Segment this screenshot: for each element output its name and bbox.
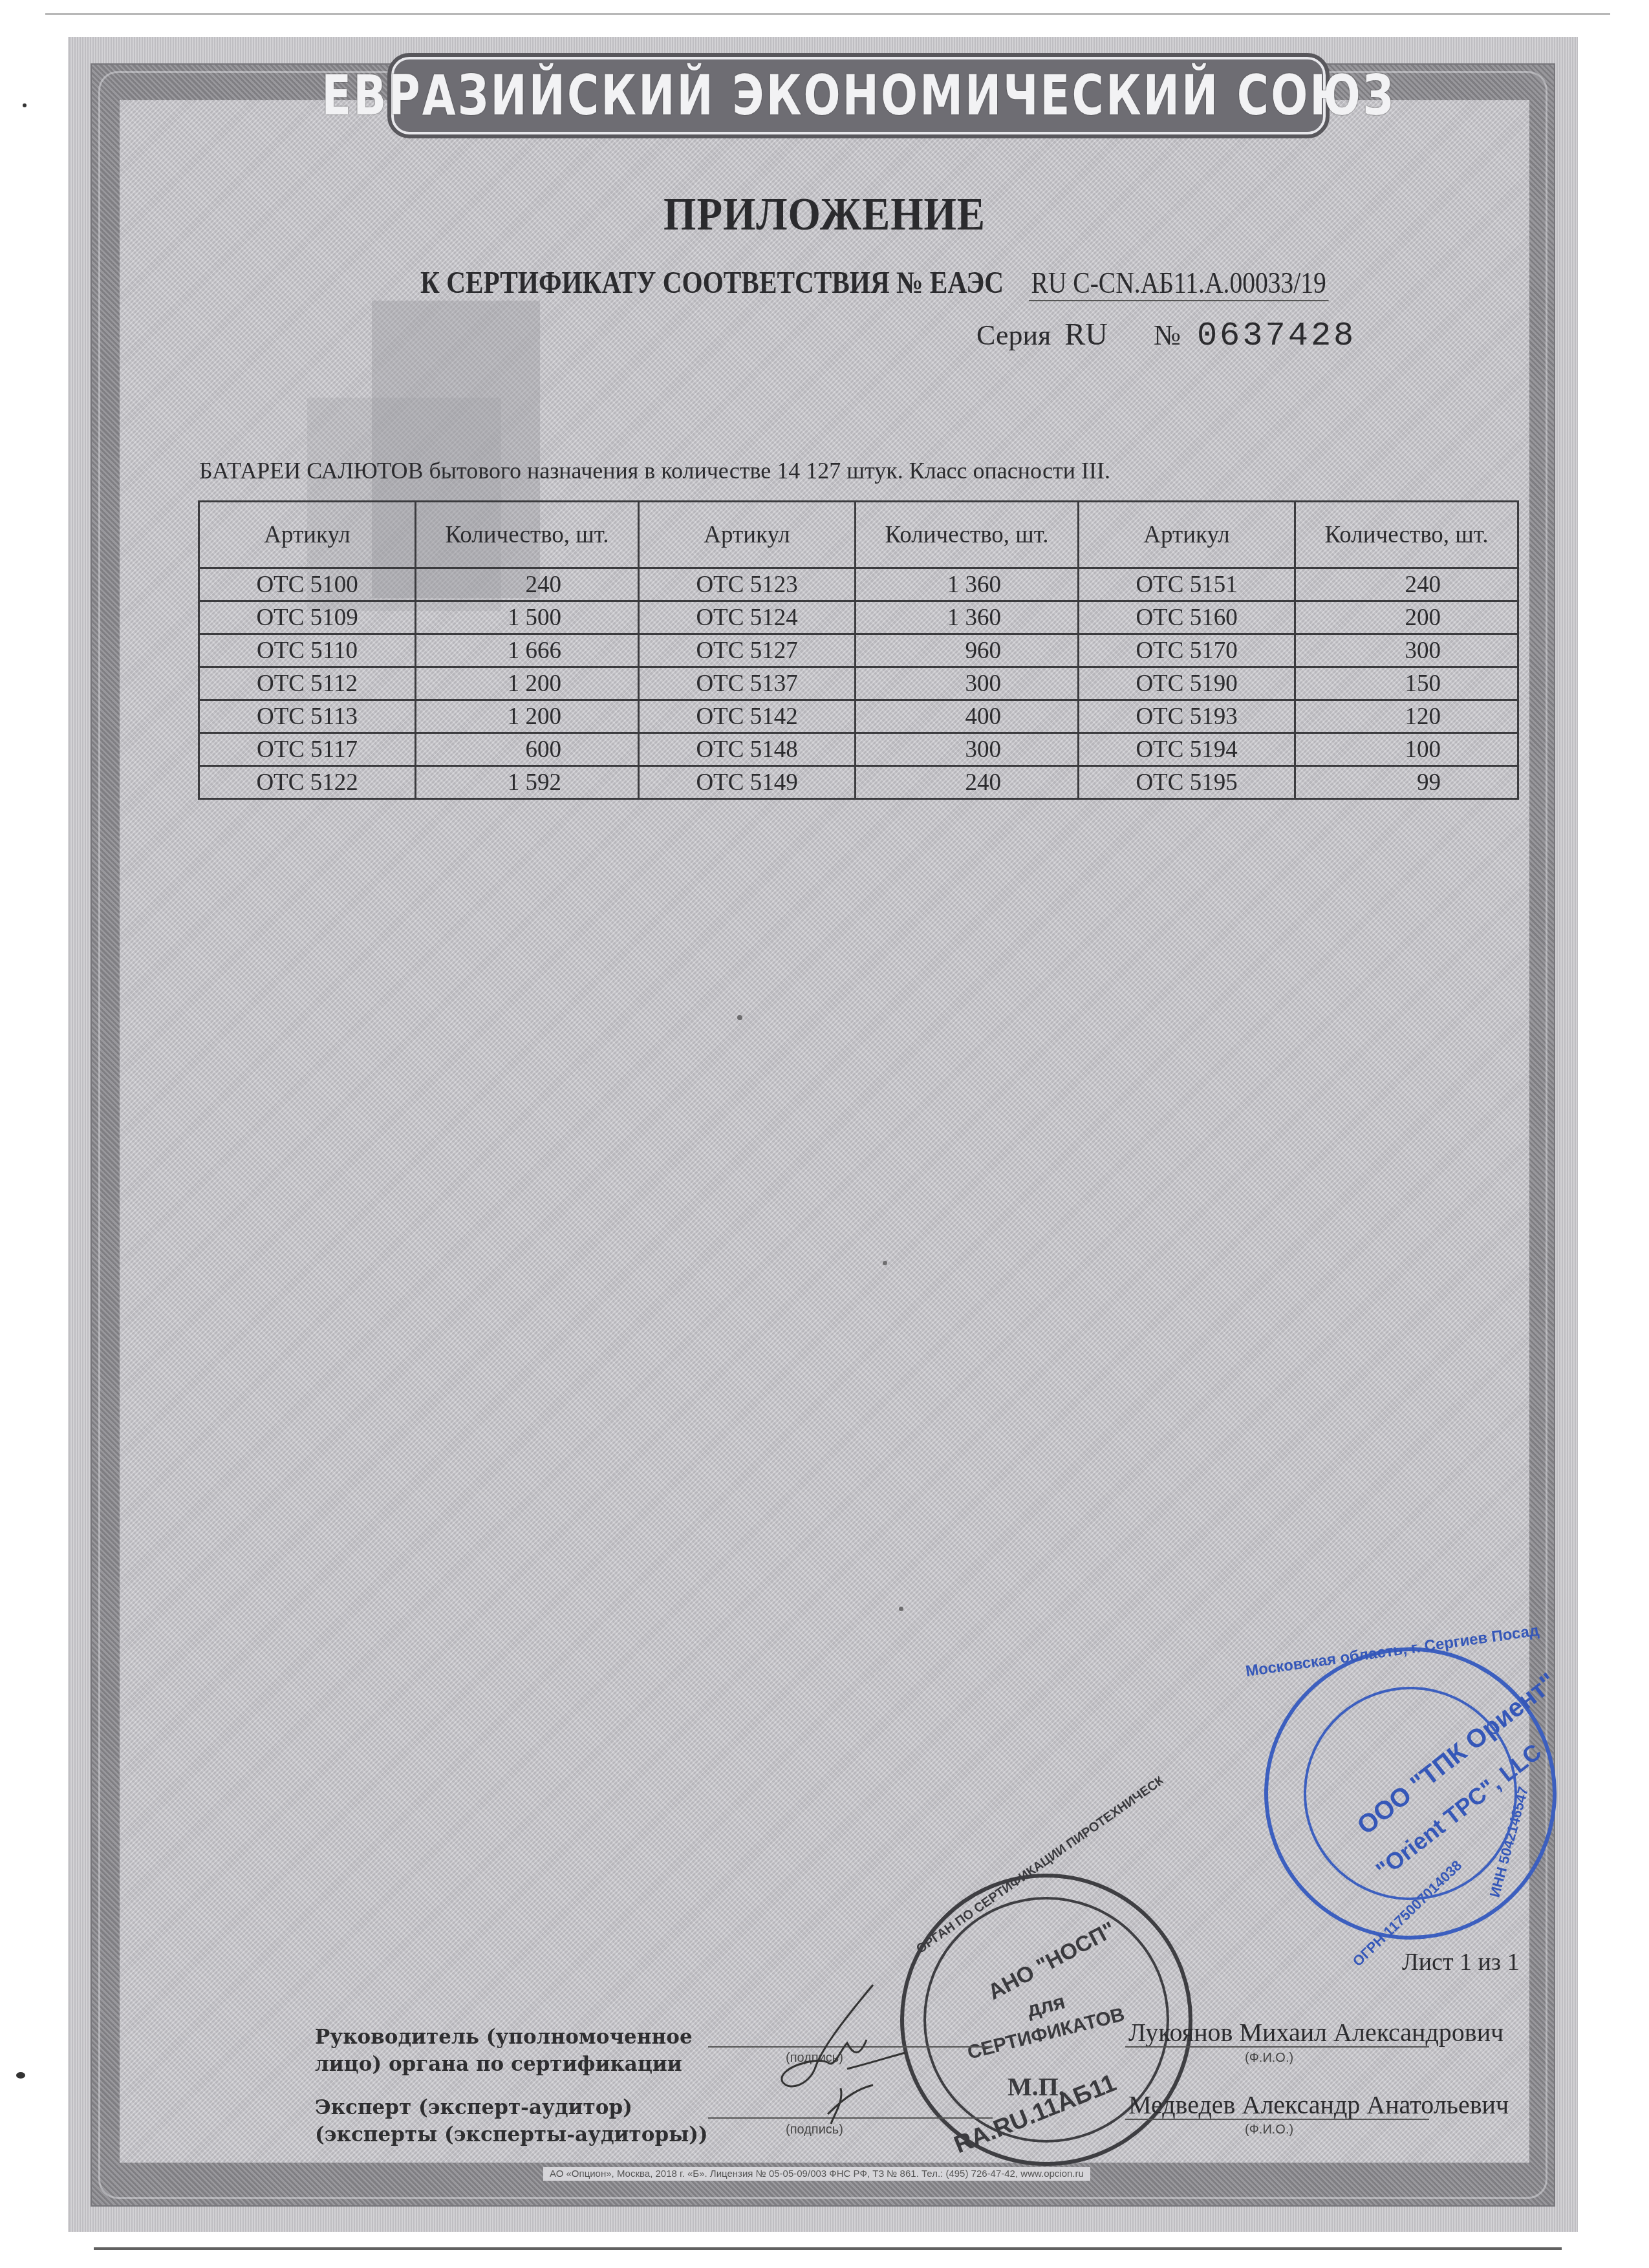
quantity-cell: 300 <box>1295 634 1518 667</box>
scan-speck <box>737 1015 742 1020</box>
certificate-reference: К СЕРТИФИКАТУ СООТВЕТСТВИЯ № ЕАЭС RU C-C… <box>420 265 1377 301</box>
series-value: RU <box>1064 317 1108 352</box>
article-cell: ОТС 5112 <box>199 667 416 700</box>
table-row: ОТС 5100240ОТС 51231 360ОТС 5151240 <box>199 568 1518 601</box>
handwritten-signature-icon <box>744 1972 912 2127</box>
expert-full-name: Медведев Александр Анатольевич <box>1128 2090 1509 2120</box>
article-cell: ОТС 5170 <box>1079 634 1295 667</box>
column-header-article: Артикул <box>199 502 416 568</box>
article-cell: ОТС 5151 <box>1079 568 1295 601</box>
quantity-cell: 1 500 <box>416 601 639 634</box>
expert-fio-caption: (Ф.И.О.) <box>1245 2123 1293 2137</box>
head-label-line2: лицо) органа по сертификации <box>315 2051 693 2078</box>
table-row: ОТС 51131 200ОТС 5142400ОТС 5193120 <box>199 700 1518 733</box>
stamp-for: для <box>1024 1989 1068 2022</box>
series-line: Серия RU № 0637428 <box>976 317 1356 355</box>
table-row: ОТС 51121 200ОТС 5137300ОТС 5190150 <box>199 667 1518 700</box>
column-header-article: Артикул <box>1079 502 1295 568</box>
article-cell: ОТС 5109 <box>199 601 416 634</box>
article-cell: ОТС 5117 <box>199 733 416 766</box>
quantity-cell: 100 <box>1295 733 1518 766</box>
series-label: Серия <box>976 319 1051 351</box>
head-fio-caption: (Ф.И.О.) <box>1245 2051 1293 2066</box>
table-row: ОТС 51091 500ОТС 51241 360ОТС 5160200 <box>199 601 1518 634</box>
stamp-company-inn: ИНН 5042146547 <box>1487 1785 1533 1899</box>
quantity-cell: 1 592 <box>416 766 639 799</box>
printer-imprint: АО «Опцион», Москва, 2018 г. «Б». Лиценз… <box>543 2167 1090 2181</box>
expert-name-line <box>1125 2119 1429 2120</box>
article-cell: ОТС 5160 <box>1079 601 1295 634</box>
article-cell: ОТС 5194 <box>1079 733 1295 766</box>
quantity-cell: 1 666 <box>416 634 639 667</box>
quantity-cell: 1 360 <box>856 568 1079 601</box>
article-cell: ОТС 5100 <box>199 568 416 601</box>
table-row: ОТС 51221 592ОТС 5149240ОТС 519599 <box>199 766 1518 799</box>
table-row: ОТС 5117600ОТС 5148300ОТС 5194100 <box>199 733 1518 766</box>
expert-label: Эксперт (эксперт-аудитор) (эксперты (экс… <box>315 2094 708 2148</box>
quantity-cell: 300 <box>856 733 1079 766</box>
article-cell: ОТС 5142 <box>639 700 856 733</box>
article-cell: ОТС 5193 <box>1079 700 1295 733</box>
column-header-quantity: Количество, шт. <box>856 502 1079 568</box>
head-label: Руководитель (уполномоченное лицо) орган… <box>315 2024 693 2078</box>
table-body: ОТС 5100240ОТС 51231 360ОТС 5151240ОТС 5… <box>199 568 1518 799</box>
number-sign: № <box>1154 319 1181 351</box>
stamp-certificates: СЕРТИФИКАТОВ <box>965 2004 1127 2064</box>
articles-table: АртикулКоличество, шт.АртикулКоличество,… <box>198 500 1519 800</box>
page-title: ПРИЛОЖЕНИЕ <box>83 187 1567 241</box>
quantity-cell: 240 <box>1295 568 1518 601</box>
quantity-cell: 200 <box>1295 601 1518 634</box>
article-cell: ОТС 5124 <box>639 601 856 634</box>
quantity-cell: 1 200 <box>416 667 639 700</box>
quantity-cell: 99 <box>1295 766 1518 799</box>
article-cell: ОТС 5195 <box>1079 766 1295 799</box>
table-row: ОТС 51101 666ОТС 5127960ОТС 5170300 <box>199 634 1518 667</box>
article-cell: ОТС 5113 <box>199 700 416 733</box>
banner-title: ЕВРАЗИЙСКИЙ ЭКОНОМИЧЕСКИЙ СОЮЗ <box>321 63 1396 128</box>
head-full-name: Лукоянов Михаил Александрович <box>1128 2017 1503 2048</box>
article-cell: ОТС 5137 <box>639 667 856 700</box>
quantity-cell: 600 <box>416 733 639 766</box>
column-header-quantity: Количество, шт. <box>416 502 639 568</box>
page-counter: Лист 1 из 1 <box>1402 1948 1519 1976</box>
quantity-cell: 960 <box>856 634 1079 667</box>
quantity-cell: 150 <box>1295 667 1518 700</box>
stamp-org-name: АНО "НОСП" <box>984 1917 1120 2005</box>
scan-speck <box>16 2072 25 2079</box>
head-name-line <box>1125 2046 1429 2048</box>
column-header-article: Артикул <box>639 502 856 568</box>
article-cell: ОТС 5110 <box>199 634 416 667</box>
scan-edge-bottom <box>94 2247 1562 2250</box>
stamp-accreditation: RA.RU.11АБ11 <box>951 2070 1121 2160</box>
head-label-line1: Руководитель (уполномоченное <box>315 2024 693 2051</box>
expert-label-line1: Эксперт (эксперт-аудитор) <box>315 2094 708 2121</box>
article-cell: ОТС 5123 <box>639 568 856 601</box>
article-cell: ОТС 5149 <box>639 766 856 799</box>
scan-edge-top <box>45 13 1610 15</box>
header-banner: ЕВРАЗИЙСКИЙ ЭКОНОМИЧЕСКИЙ СОЮЗ <box>391 57 1326 134</box>
certificate-number: RU C-CN.АБ11.А.00033/19 <box>1029 266 1328 301</box>
quantity-cell: 120 <box>1295 700 1518 733</box>
serial-number: 0637428 <box>1197 317 1356 355</box>
column-header-quantity: Количество, шт. <box>1295 502 1518 568</box>
stamp-mp: М.П. <box>1008 2071 1065 2102</box>
certificate-label: К СЕРТИФИКАТУ СООТВЕТСТВИЯ № ЕАЭС <box>420 265 1004 301</box>
quantity-cell: 1 200 <box>416 700 639 733</box>
scan-speck <box>899 1607 903 1611</box>
expert-label-line2: (эксперты (эксперты-аудиторы)) <box>315 2121 708 2148</box>
article-cell: ОТС 5122 <box>199 766 416 799</box>
article-cell: ОТС 5190 <box>1079 667 1295 700</box>
table-header-row: АртикулКоличество, шт.АртикулКоличество,… <box>199 502 1518 568</box>
quantity-cell: 1 360 <box>856 601 1079 634</box>
article-cell: ОТС 5127 <box>639 634 856 667</box>
quantity-cell: 400 <box>856 700 1079 733</box>
quantity-cell: 300 <box>856 667 1079 700</box>
scan-speck <box>23 103 27 107</box>
quantity-cell: 240 <box>416 568 639 601</box>
article-cell: ОТС 5148 <box>639 733 856 766</box>
product-description: БАТАРЕИ САЛЮТОВ бытового назначения в ко… <box>199 457 1110 484</box>
scan-speck <box>883 1261 887 1265</box>
quantity-cell: 240 <box>856 766 1079 799</box>
